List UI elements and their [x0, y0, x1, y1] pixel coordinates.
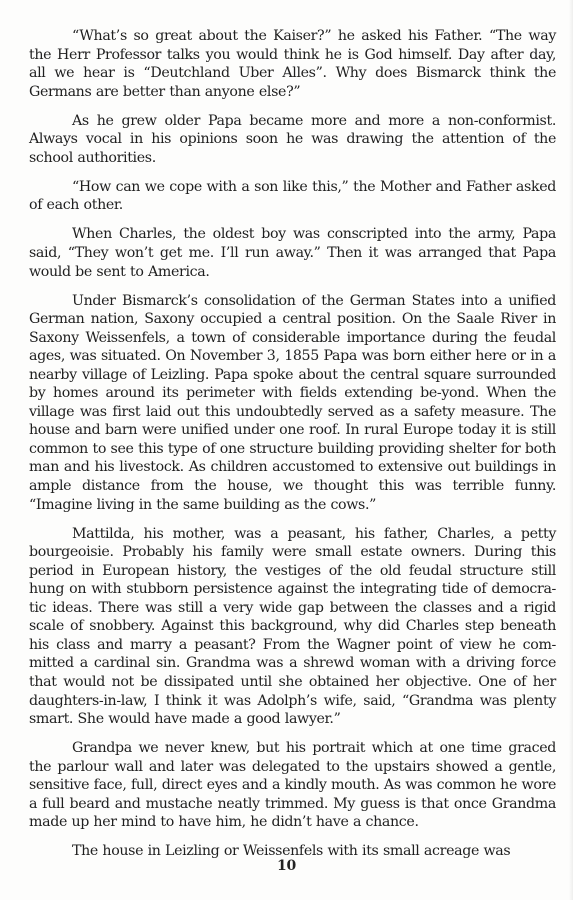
paragraph-conscription: When Charles, the oldest boy was conscri…: [29, 225, 556, 281]
paragraph-mattilda-charles: Mattilda, his mother, was a peasant, his…: [29, 525, 556, 729]
paragraph-cope-with-son: “How can we cope with a son like this,” …: [29, 178, 556, 215]
paragraph-non-conformist: As he grew older Papa became more and mo…: [29, 112, 556, 168]
paragraph-saxony-birthplace: Under Bismarck’s consolidation of the Ge…: [29, 292, 556, 515]
page-number: 10: [0, 858, 573, 874]
document-body: “What’s so great about the Kaiser?” he a…: [29, 27, 556, 871]
paragraph-kaiser-question: “What’s so great about the Kaiser?” he a…: [29, 27, 556, 101]
page-edge-shadow: [569, 0, 573, 900]
paragraph-grandpa-portrait: Grandpa we never knew, but his portrait …: [29, 739, 556, 832]
